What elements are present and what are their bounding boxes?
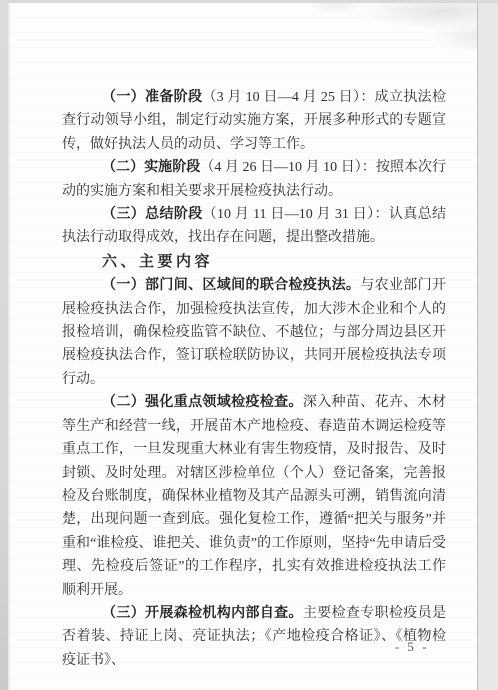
paragraph: （三）总结阶段（10 月 11 日—10 月 31 日）：认真总结执法行动取得成… — [62, 203, 446, 250]
body-text: 与农业部门开展检疫执法合作，加强检疫执法宣传，加大涉木企业和个人的报检培训，确保… — [62, 278, 446, 387]
bold-text: （一）准备阶段 — [102, 90, 202, 105]
paragraph: （一）准备阶段（3 月 10 日—4 月 25 日）：成立执法检查行动领导小组，… — [62, 86, 446, 156]
paragraph: （三）开展森检机构内部自查。主要检查专职检疫员是否着装、持证上岗、亮证执法；《产… — [62, 602, 446, 672]
scan-edge-left — [0, 0, 8, 690]
bold-text: （二）实施阶段 — [102, 160, 200, 175]
document-page: （一）准备阶段（3 月 10 日—4 月 25 日）：成立执法检查行动领导小组，… — [8, 3, 478, 690]
bold-text: （三）开展森检机构内部自查。 — [102, 606, 303, 621]
body-text: 深入种苗、花卉、木材等生产和经营一线，开展苗木产地检疫、春造苗木调运检疫等重点工… — [62, 395, 446, 597]
bold-text: （二）强化重点领域检疫检查。 — [102, 395, 303, 410]
bold-text: （一）部门间、区域间的联合检疫执法。 — [102, 278, 360, 293]
paragraph: （二）强化重点领域检疫检查。深入种苗、花卉、木材等生产和经营一线，开展苗木产地检… — [62, 391, 446, 602]
page-number: - 5 - — [395, 639, 429, 655]
bold-text: 六、主要内容 — [102, 253, 213, 270]
paragraph: （一）部门间、区域间的联合检疫执法。与农业部门开展检疫执法合作，加强检疫执法宣传… — [62, 274, 446, 391]
section-heading: 六、主要内容 — [62, 250, 446, 274]
bold-text: （三）总结阶段 — [102, 207, 203, 222]
paragraph: （二）实施阶段（4 月 26 日—10 月 10 日）：按照本次行动的实施方案和… — [62, 156, 446, 203]
scanned-document-view: （一）准备阶段（3 月 10 日—4 月 25 日）：成立执法检查行动领导小组，… — [0, 0, 498, 690]
document-body: （一）准备阶段（3 月 10 日—4 月 25 日）：成立执法检查行动领导小组，… — [62, 86, 446, 672]
